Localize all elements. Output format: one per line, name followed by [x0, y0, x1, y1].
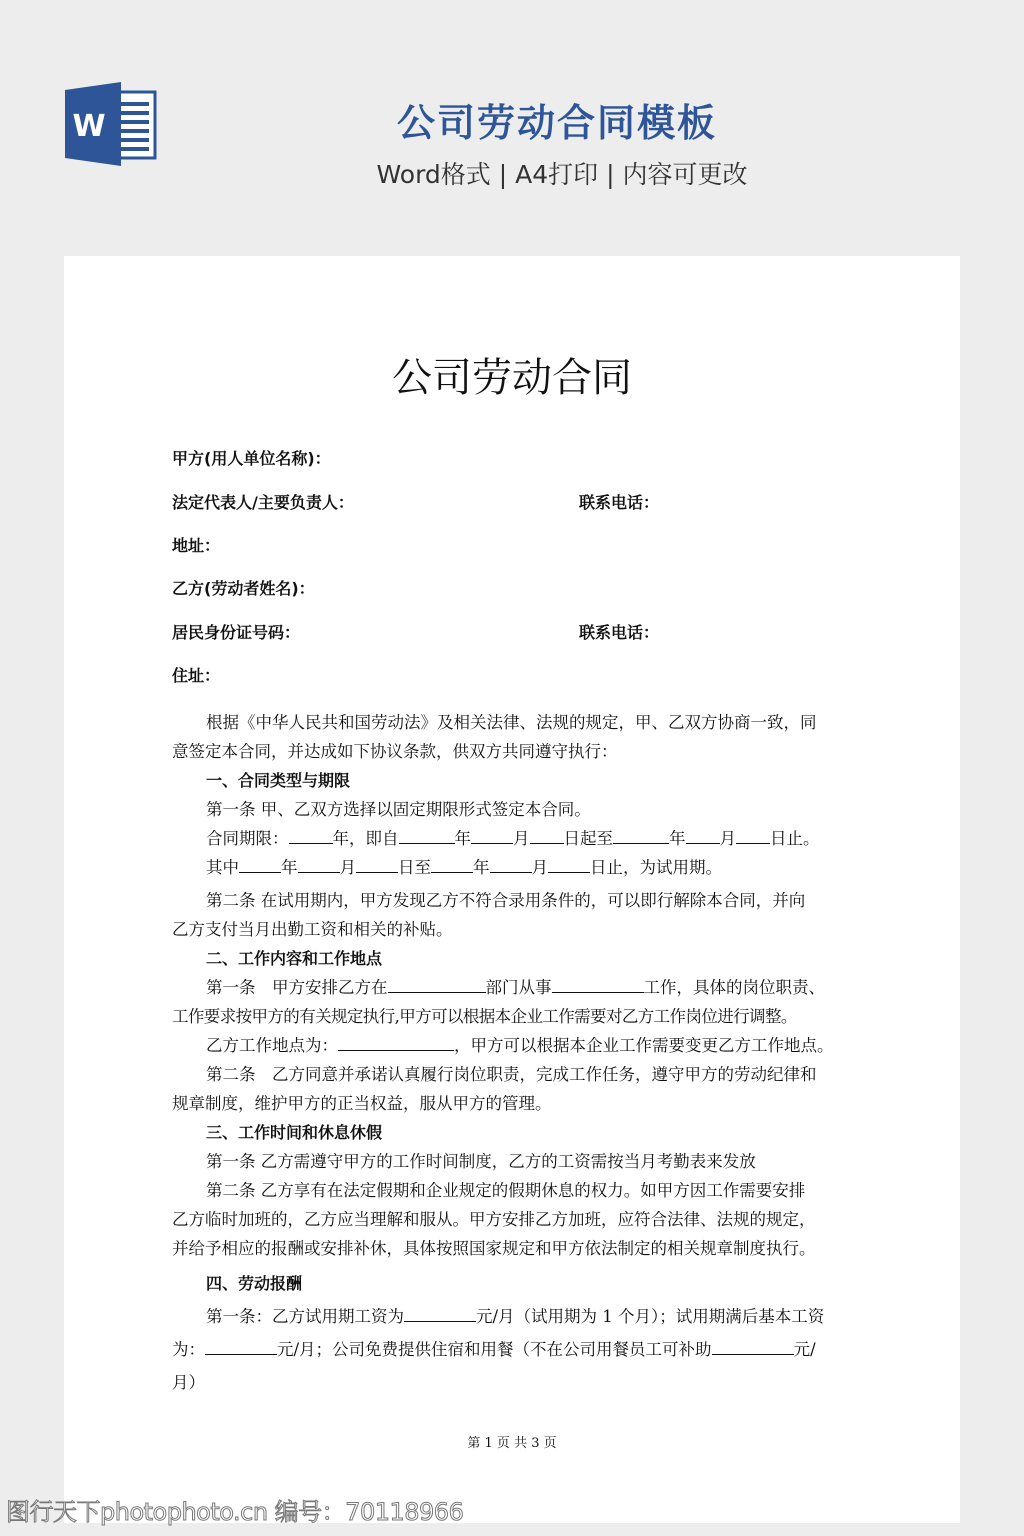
header-subtitle: Word格式 | A4打印 | 内容可更改 — [0, 155, 1024, 191]
section-2-article-1-line-2: 工作要求按甲方的有关规定执行,甲方可以根据本企业工作需要对乙方工作岗位进行调整。 — [172, 1002, 872, 1031]
probation-start-year-blank[interactable] — [239, 856, 281, 873]
section-3-article-2-line-1: 第二条 乙方享有在法定假期和企业规定的假期休息的权力。如甲方因工作需要安排 — [172, 1176, 872, 1205]
section-2-article-2-line-1: 第二条 乙方同意并承诺认真履行岗位职责，完成工作任务，遵守甲方的劳动纪律和 — [172, 1060, 872, 1089]
base-salary-blank[interactable] — [205, 1338, 277, 1355]
work-location-line: 乙方工作地点为：，甲方可以根据本企业工作需要变更乙方工作地点。 — [172, 1031, 872, 1060]
section-4-article-1-line-3: 月） — [172, 1368, 872, 1397]
field-phone-b: 联系电话： — [579, 620, 659, 643]
intro-line-1: 根据《中华人民共和国劳动法》及相关法律、法规的规定，甲、乙双方协商一致，同 — [172, 708, 872, 737]
end-month-blank[interactable] — [686, 827, 720, 844]
section-4-article-1-line-2: 为：元/月；公司免费提供住宿和用餐（不在公司用餐员工可补助元/ — [172, 1335, 872, 1364]
section-4-article-1-line-1: 第一条：乙方试用期工资为元/月（试用期为 1 个月）；试用期满后基本工资 — [172, 1302, 872, 1331]
field-address-b: 住址： — [172, 663, 220, 686]
section-2-heading: 二、工作内容和工作地点 — [172, 944, 872, 973]
field-party-b: 乙方(劳动者姓名)： — [172, 576, 315, 599]
header-title: 公司劳动合同模板 — [0, 92, 1024, 147]
section-1-heading: 一、合同类型与期限 — [172, 766, 872, 795]
start-day-blank[interactable] — [530, 827, 564, 844]
intro-line-2: 意签定本合同，并达成如下协议条款，供双方共同遵守执行： — [172, 737, 872, 766]
section-2-article-1-line-1: 第一条 甲方安排乙方在部门从事工作，具体的岗位职责、 — [172, 973, 872, 1002]
end-year-blank[interactable] — [613, 827, 669, 844]
document-page: 公司劳动合同 甲方(用人单位名称)： 法定代表人/主要负责人： 联系电话： 地址… — [64, 256, 960, 1523]
field-phone-a: 联系电话： — [579, 490, 659, 513]
section-4-heading: 四、劳动报酬 — [172, 1269, 872, 1298]
start-year-blank[interactable] — [399, 827, 455, 844]
meal-allowance-blank[interactable] — [712, 1338, 794, 1355]
contract-term-line: 合同期限：年，即自年月日起至年月日止。 — [172, 824, 872, 853]
probation-salary-blank[interactable] — [404, 1305, 476, 1322]
probation-line: 其中年月日至年月日止，为试用期。 — [172, 853, 872, 882]
section-1-article-1: 第一条 甲、乙双方选择以固定期限形式签定本合同。 — [172, 795, 872, 824]
probation-start-month-blank[interactable] — [298, 856, 340, 873]
section-1-article-2-line-2: 乙方支付当月出勤工资和相关的补贴。 — [172, 915, 872, 944]
probation-end-day-blank[interactable] — [548, 856, 590, 873]
department-blank[interactable] — [388, 976, 486, 993]
field-legal-rep: 法定代表人/主要负责人： — [172, 490, 354, 513]
probation-start-day-blank[interactable] — [356, 856, 398, 873]
page-number: 第 1 页 共 3 页 — [64, 1432, 960, 1451]
job-blank[interactable] — [552, 976, 644, 993]
section-3-heading: 三、工作时间和休息休假 — [172, 1118, 872, 1147]
work-location-blank[interactable] — [338, 1034, 454, 1051]
field-id-number: 居民身份证号码： — [172, 620, 300, 643]
field-address-a: 地址： — [172, 533, 220, 556]
start-month-blank[interactable] — [471, 827, 513, 844]
section-3-article-2-line-2: 乙方临时加班的，乙方应当理解和服从。甲方安排乙方加班，应符合法律、法规的规定， — [172, 1205, 872, 1234]
section-3-article-1: 第一条 乙方需遵守甲方的工作时间制度，乙方的工资需按当月考勤表来发放 — [172, 1147, 872, 1176]
section-3-article-2-line-3: 并给予相应的报酬或安排补休，具体按照国家规定和甲方依法制定的相关规章制度执行。 — [172, 1234, 872, 1263]
probation-end-month-blank[interactable] — [490, 856, 532, 873]
contract-body: 根据《中华人民共和国劳动法》及相关法律、法规的规定，甲、乙双方协商一致，同 意签… — [172, 708, 872, 1397]
section-2-article-2-line-2: 规章制度，维护甲方的正当权益，服从甲方的管理。 — [172, 1089, 872, 1118]
watermark-text: 图行天下photophoto.cn 编号：70118966 — [6, 1492, 463, 1527]
term-years-blank[interactable] — [289, 827, 333, 844]
probation-end-year-blank[interactable] — [431, 856, 473, 873]
section-1-article-2-line-1: 第二条 在试用期内，甲方发现乙方不符合录用条件的，可以即行解除本合同，并向 — [172, 886, 872, 915]
end-day-blank[interactable] — [736, 827, 770, 844]
field-party-a: 甲方(用人单位名称)： — [172, 446, 331, 469]
document-title: 公司劳动合同 — [64, 346, 960, 403]
